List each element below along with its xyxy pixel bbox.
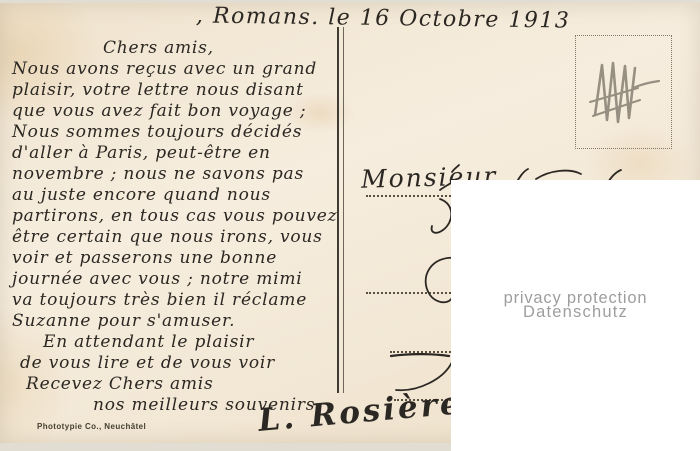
stamp-box — [575, 35, 672, 149]
letter-line: plaisir, votre lettre nous disant — [12, 80, 346, 101]
privacy-overlay-text-de: Datenschutz — [451, 306, 700, 319]
letter-line: Suzanne pour s'amuser. — [12, 311, 346, 332]
letter-line: Nous sommes toujours décidés — [12, 122, 346, 143]
letter-line: voir et passerons une bonne — [12, 248, 346, 269]
letter-line: Nous avons reçus avec un grand — [12, 59, 346, 80]
letter-body: Chers amis,Nous avons reçus avec un gran… — [12, 38, 346, 416]
letter-line: Recevez Chers amis — [12, 374, 346, 395]
letter-line: va toujours très bien il réclame — [12, 290, 346, 311]
privacy-overlay: privacy protection Datenschutz — [451, 180, 700, 451]
letter-line: journée avec vous ; notre mimi — [12, 269, 346, 290]
postcard-date: , Romans. le 16 Octobre 1913 — [196, 3, 571, 33]
letter-line: partirons, en tous cas vous pouvez — [12, 206, 346, 227]
letter-line: En attendant le plaisir — [12, 332, 346, 353]
letter-line: d'aller à Paris, peut-être en — [12, 143, 346, 164]
letter-line: Chers amis, — [12, 38, 346, 59]
letter-line: au juste encore quand nous — [12, 185, 346, 206]
letter-line: être certain que nous irons, vous — [12, 227, 346, 248]
publisher-imprint: Phototypie Co., Neuchâtel — [37, 422, 146, 431]
letter-line: que vous avez fait bon voyage ; — [12, 101, 346, 122]
scanned-postcard: , Romans. le 16 Octobre 1913 Chers amis,… — [0, 0, 700, 451]
letter-line: novembre ; nous ne savons pas — [12, 164, 346, 185]
letter-line: de vous lire et de vous voir — [12, 353, 346, 374]
